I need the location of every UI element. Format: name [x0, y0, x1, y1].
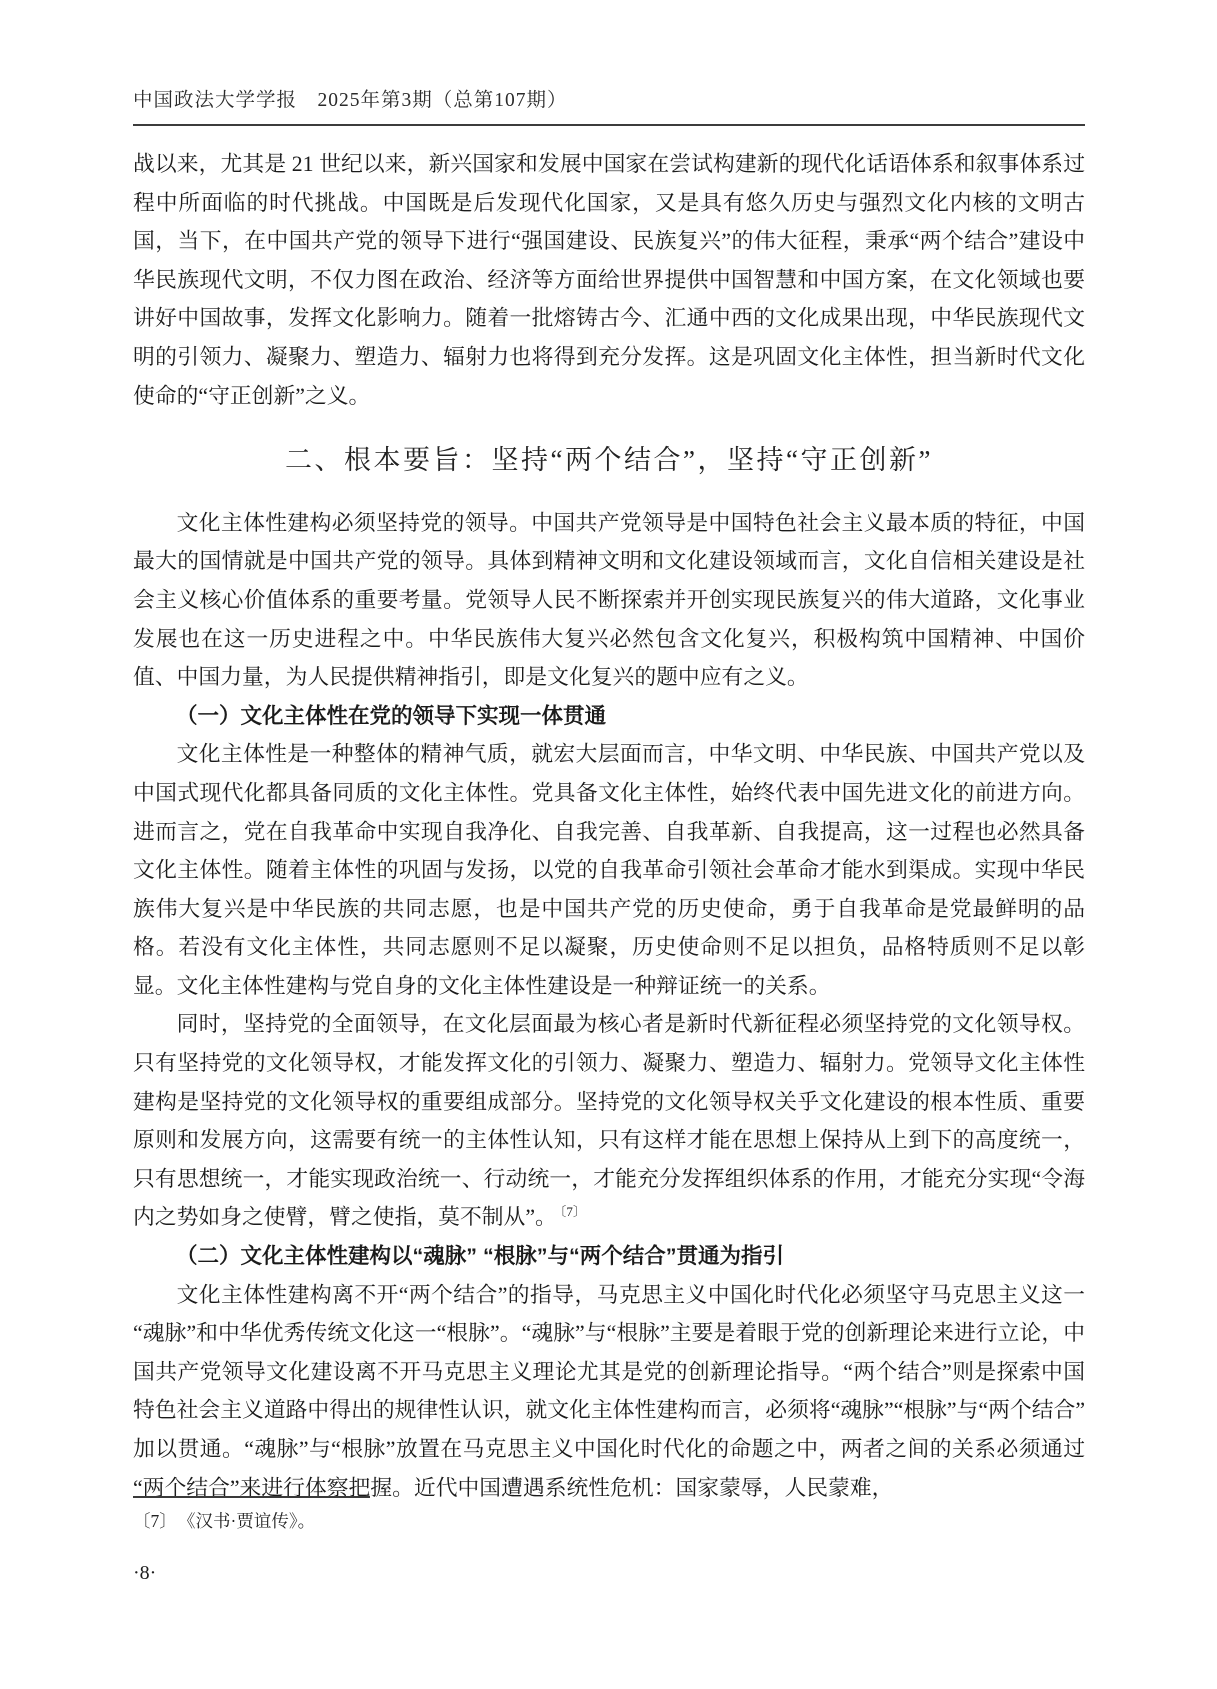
subheading-2: （二）文化主体性建构以“魂脉” “根脉”与“两个结合”贯通为指引: [133, 1237, 1085, 1276]
section-heading: 二、根本要旨：坚持“两个结合”，坚持“守正创新”: [133, 441, 1085, 480]
paragraph-2: 同时，坚持党的全面领导，在文化层面最为核心者是新时代新征程必须坚持党的文化领导权…: [133, 1005, 1085, 1237]
footnote-label: 〔7〕: [133, 1511, 177, 1531]
footnote-rule: [133, 1496, 370, 1498]
page-number: ·8·: [133, 1562, 156, 1585]
header-rule: [133, 124, 1085, 126]
paragraph-continuation: 战以来，尤其是 21 世纪以来，新兴国家和发展中国家在尝试构建新的现代化话语体系…: [133, 145, 1085, 415]
subheading-1: （一）文化主体性在党的领导下实现一体贯通: [133, 697, 1085, 736]
footnote-text: 《汉书·贾谊传》。: [187, 1511, 315, 1531]
footnote-reference: 〔7〕: [560, 1204, 586, 1219]
footnote-area: 〔7〕《汉书·贾谊传》。: [133, 1496, 1085, 1534]
paragraph-2-text: 同时，坚持党的全面领导，在文化层面最为核心者是新时代新征程必须坚持党的文化领导权…: [133, 1012, 1085, 1229]
paragraph-lead: 文化主体性建构必须坚持党的领导。中国共产党领导是中国特色社会主义最本质的特征，中…: [133, 504, 1085, 697]
journal-title-issue: 中国政法大学学报 2025年第3期（总第107期）: [133, 90, 568, 111]
paragraph-3: 文化主体性建构离不开“两个结合”的指导，马克思主义中国化时代化必须坚守马克思主义…: [133, 1276, 1085, 1508]
article-body: 战以来，尤其是 21 世纪以来，新兴国家和发展中国家在尝试构建新的现代化话语体系…: [133, 145, 1085, 1507]
running-head: 中国政法大学学报 2025年第3期（总第107期）: [133, 84, 1085, 112]
footnote-line: 〔7〕《汉书·贾谊传》。: [133, 1509, 1085, 1534]
paragraph-1: 文化主体性是一种整体的精神气质，就宏大层面而言，中华文明、中华民族、中国共产党以…: [133, 735, 1085, 1005]
journal-page: 中国政法大学学报 2025年第3期（总第107期） 战以来，尤其是 21 世纪以…: [0, 0, 1217, 1689]
